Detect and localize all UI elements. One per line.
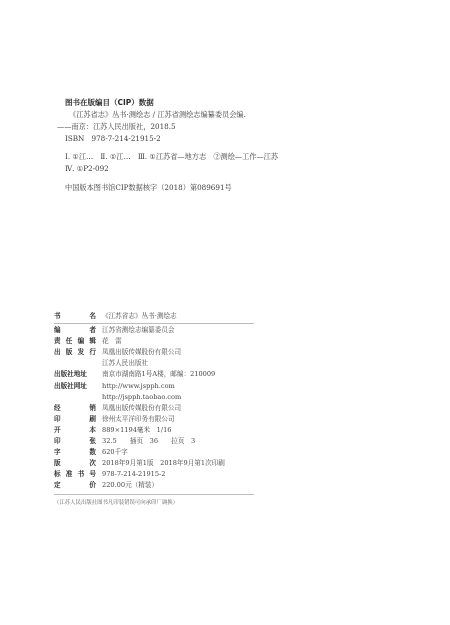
label-word-count: 字数 [54,447,96,458]
cip-data-block: 图书在版编目（CIP）数据 《江苏省志》丛书·测绘志 / 江苏省测绘志编纂委员会… [65,97,425,194]
value-price: 220.00元（精装） [96,480,158,491]
label-isbn: 标准书号 [54,469,96,480]
value-book-title: 《江苏省志》丛书·测绘志 [96,311,177,322]
label-address: 出版社地址 [54,369,96,380]
row-editor: 编者 江苏省测绘志编纂委员会 [54,325,264,336]
value-publisher-2: 江苏人民出版社 [96,358,148,369]
colophon: 书名 《江苏省志》丛书·测绘志 编者 江苏省测绘志编纂委员会 责任编辑 花 雷 … [54,311,264,506]
value-website: http://www.jspph.com [96,381,175,392]
value-format: 889×1194毫米 1/16 [96,425,171,436]
row-distributor: 经销 凤凰出版传媒股份有限公司 [54,403,264,414]
row-website-2: http://jspph.taobao.com [54,392,264,403]
value-printer: 徐州太平洋印务有限公司 [96,414,175,425]
label-price: 定价 [54,480,96,491]
divider-bottom [54,494,254,495]
label-edition: 版次 [54,458,96,469]
label-website: 出版社网址 [54,381,96,392]
cip-title: 图书在版编目（CIP）数据 [65,97,425,109]
row-publisher-2: 江苏人民出版社 [54,358,264,369]
value-editor: 江苏省测绘志编纂委员会 [96,325,175,336]
value-distributor: 凤凰出版传媒股份有限公司 [96,403,181,414]
label-editor: 编者 [54,325,96,336]
value-website-2: http://jspph.taobao.com [96,392,181,403]
label-responsible-editor: 责任编辑 [54,336,96,347]
row-isbn: 标准书号 978-7-214-21915-2 [54,469,264,480]
label-distributor: 经销 [54,403,96,414]
label-sheets: 印张 [54,436,96,447]
value-isbn: 978-7-214-21915-2 [96,469,165,480]
cip-line-classification: Ⅰ. ①江… Ⅱ. ①江… Ⅲ. ①江苏省—地方志 ②测绘—工作—江苏 [65,151,425,163]
row-address: 出版社地址 南京市湖南路1号A楼，邮编：210009 [54,369,264,380]
value-publisher: 凤凰出版传媒股份有限公司 [96,347,181,358]
cip-line-record-number: 中国版本图书馆CIP数据核字（2018）第089691号 [65,182,425,194]
row-price: 定价 220.00元（精装） [54,480,264,491]
value-responsible-editor: 花 雷 [96,336,122,347]
cip-line-title: 《江苏省志》丛书·测绘志 / 江苏省测绘志编纂委员会编. [65,109,425,121]
value-sheets: 32.5 插页 36 拉页 3 [96,436,195,447]
label-publisher: 出版发行 [54,347,96,358]
row-edition: 版次 2018年9月第1版 2018年9月第1次印刷 [54,458,264,469]
row-printer: 印刷 徐州太平洋印务有限公司 [54,414,264,425]
row-format: 开本 889×1194毫米 1/16 [54,425,264,436]
cip-line-class-code: Ⅳ. ①P2-092 [65,163,425,175]
row-book-title: 书名 《江苏省志》丛书·测绘志 [54,311,264,322]
row-sheets: 印张 32.5 插页 36 拉页 3 [54,436,264,447]
label-printer: 印刷 [54,414,96,425]
label-book-title: 书名 [54,311,96,322]
footnote: （江苏人民出版社图书凡印装错误可向承印厂调换） [54,498,264,506]
value-word-count: 620千字 [96,447,128,458]
cip-line-isbn: ISBN 978-7-214-21915-2 [65,133,425,145]
row-website: 出版社网址 http://www.jspph.com [54,381,264,392]
cip-line-publisher: ——南京：江苏人民出版社，2018.5 [57,121,425,133]
row-publisher: 出版发行 凤凰出版传媒股份有限公司 [54,347,264,358]
row-word-count: 字数 620千字 [54,447,264,458]
value-edition: 2018年9月第1版 2018年9月第1次印刷 [96,458,225,469]
divider-top [54,323,254,324]
label-format: 开本 [54,425,96,436]
value-address: 南京市湖南路1号A楼，邮编：210009 [96,369,215,380]
row-responsible-editor: 责任编辑 花 雷 [54,336,264,347]
